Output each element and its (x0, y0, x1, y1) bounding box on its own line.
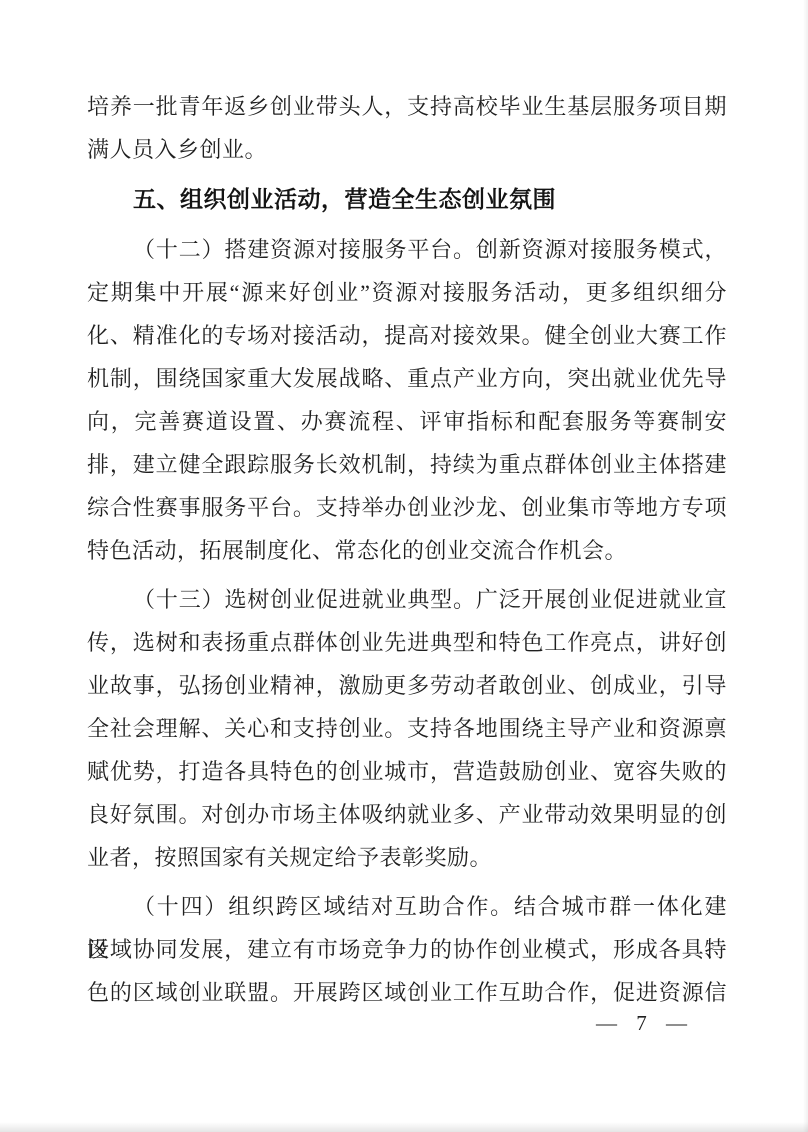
text-line: 化、精准化的专场对接活动，提高对接效果。健全创业大赛工作 (87, 314, 727, 357)
text-line: （十三）选树创业促进就业典型。广泛开展创业促进就业宣 (87, 578, 727, 621)
text-line: 业故事，弘扬创业精神，激励更多劳动者敢创业、创成业，引导 (87, 664, 727, 707)
paragraph-14: （十四）组织跨区域结对互助合作。结合城市群一体化建设、 区域协同发展，建立有市场… (87, 885, 727, 1014)
document-page: 培养一批青年返乡创业带头人，支持高校毕业生基层服务项目期 满人员入乡创业。 五、… (0, 0, 808, 1132)
paragraph-13: （十三）选树创业促进就业典型。广泛开展创业促进就业宣 传，选树和表扬重点群体创业… (87, 578, 727, 879)
section-heading: 五、组织创业活动，营造全生态创业氛围 (87, 178, 727, 221)
scan-shadow-bottom (0, 1122, 808, 1132)
page-number: — 7 — (596, 1008, 688, 1038)
text-line: 特色活动，拓展制度化、常态化的创业交流合作机会。 (87, 529, 727, 572)
text-line: 良好氛围。对创办市场主体吸纳就业多、产业带动效果明显的创 (87, 793, 727, 836)
text-line: 区域协同发展，建立有市场竞争力的协作创业模式，形成各具特 (87, 928, 727, 971)
text-line: 赋优势，打造各具特色的创业城市，营造鼓励创业、宽容失败的 (87, 750, 727, 793)
text-line: 机制，围绕国家重大发展战略、重点产业方向，突出就业优先导 (87, 357, 727, 400)
text-line: 综合性赛事服务平台。支持举办创业沙龙、创业集市等地方专项 (87, 486, 727, 529)
text-line: （十二）搭建资源对接服务平台。创新资源对接服务模式， (87, 228, 727, 271)
text-line: 培养一批青年返乡创业带头人，支持高校毕业生基层服务项目期 (87, 85, 727, 128)
text-line: 排，建立健全跟踪服务长效机制，持续为重点群体创业主体搭建 (87, 443, 727, 486)
text-line: 业者，按照国家有关规定给予表彰奖励。 (87, 836, 727, 879)
scan-shadow-right (803, 0, 808, 1132)
paragraph-12: （十二）搭建资源对接服务平台。创新资源对接服务模式， 定期集中开展“源来好创业”… (87, 228, 727, 572)
text-line: 全社会理解、关心和支持创业。支持各地围绕主导产业和资源禀 (87, 707, 727, 750)
text-line: 向，完善赛道设置、办赛流程、评审指标和配套服务等赛制安 (87, 400, 727, 443)
text-line: 传，选树和表扬重点群体创业先进典型和特色工作亮点，讲好创 (87, 621, 727, 664)
document-body: 培养一批青年返乡创业带头人，支持高校毕业生基层服务项目期 满人员入乡创业。 五、… (87, 85, 727, 1014)
text-line: 定期集中开展“源来好创业”资源对接服务活动，更多组织细分 (87, 271, 727, 314)
intro-paragraph: 培养一批青年返乡创业带头人，支持高校毕业生基层服务项目期 满人员入乡创业。 (87, 85, 727, 171)
text-line: 满人员入乡创业。 (87, 128, 727, 171)
text-line: （十四）组织跨区域结对互助合作。结合城市群一体化建设、 (87, 885, 727, 928)
